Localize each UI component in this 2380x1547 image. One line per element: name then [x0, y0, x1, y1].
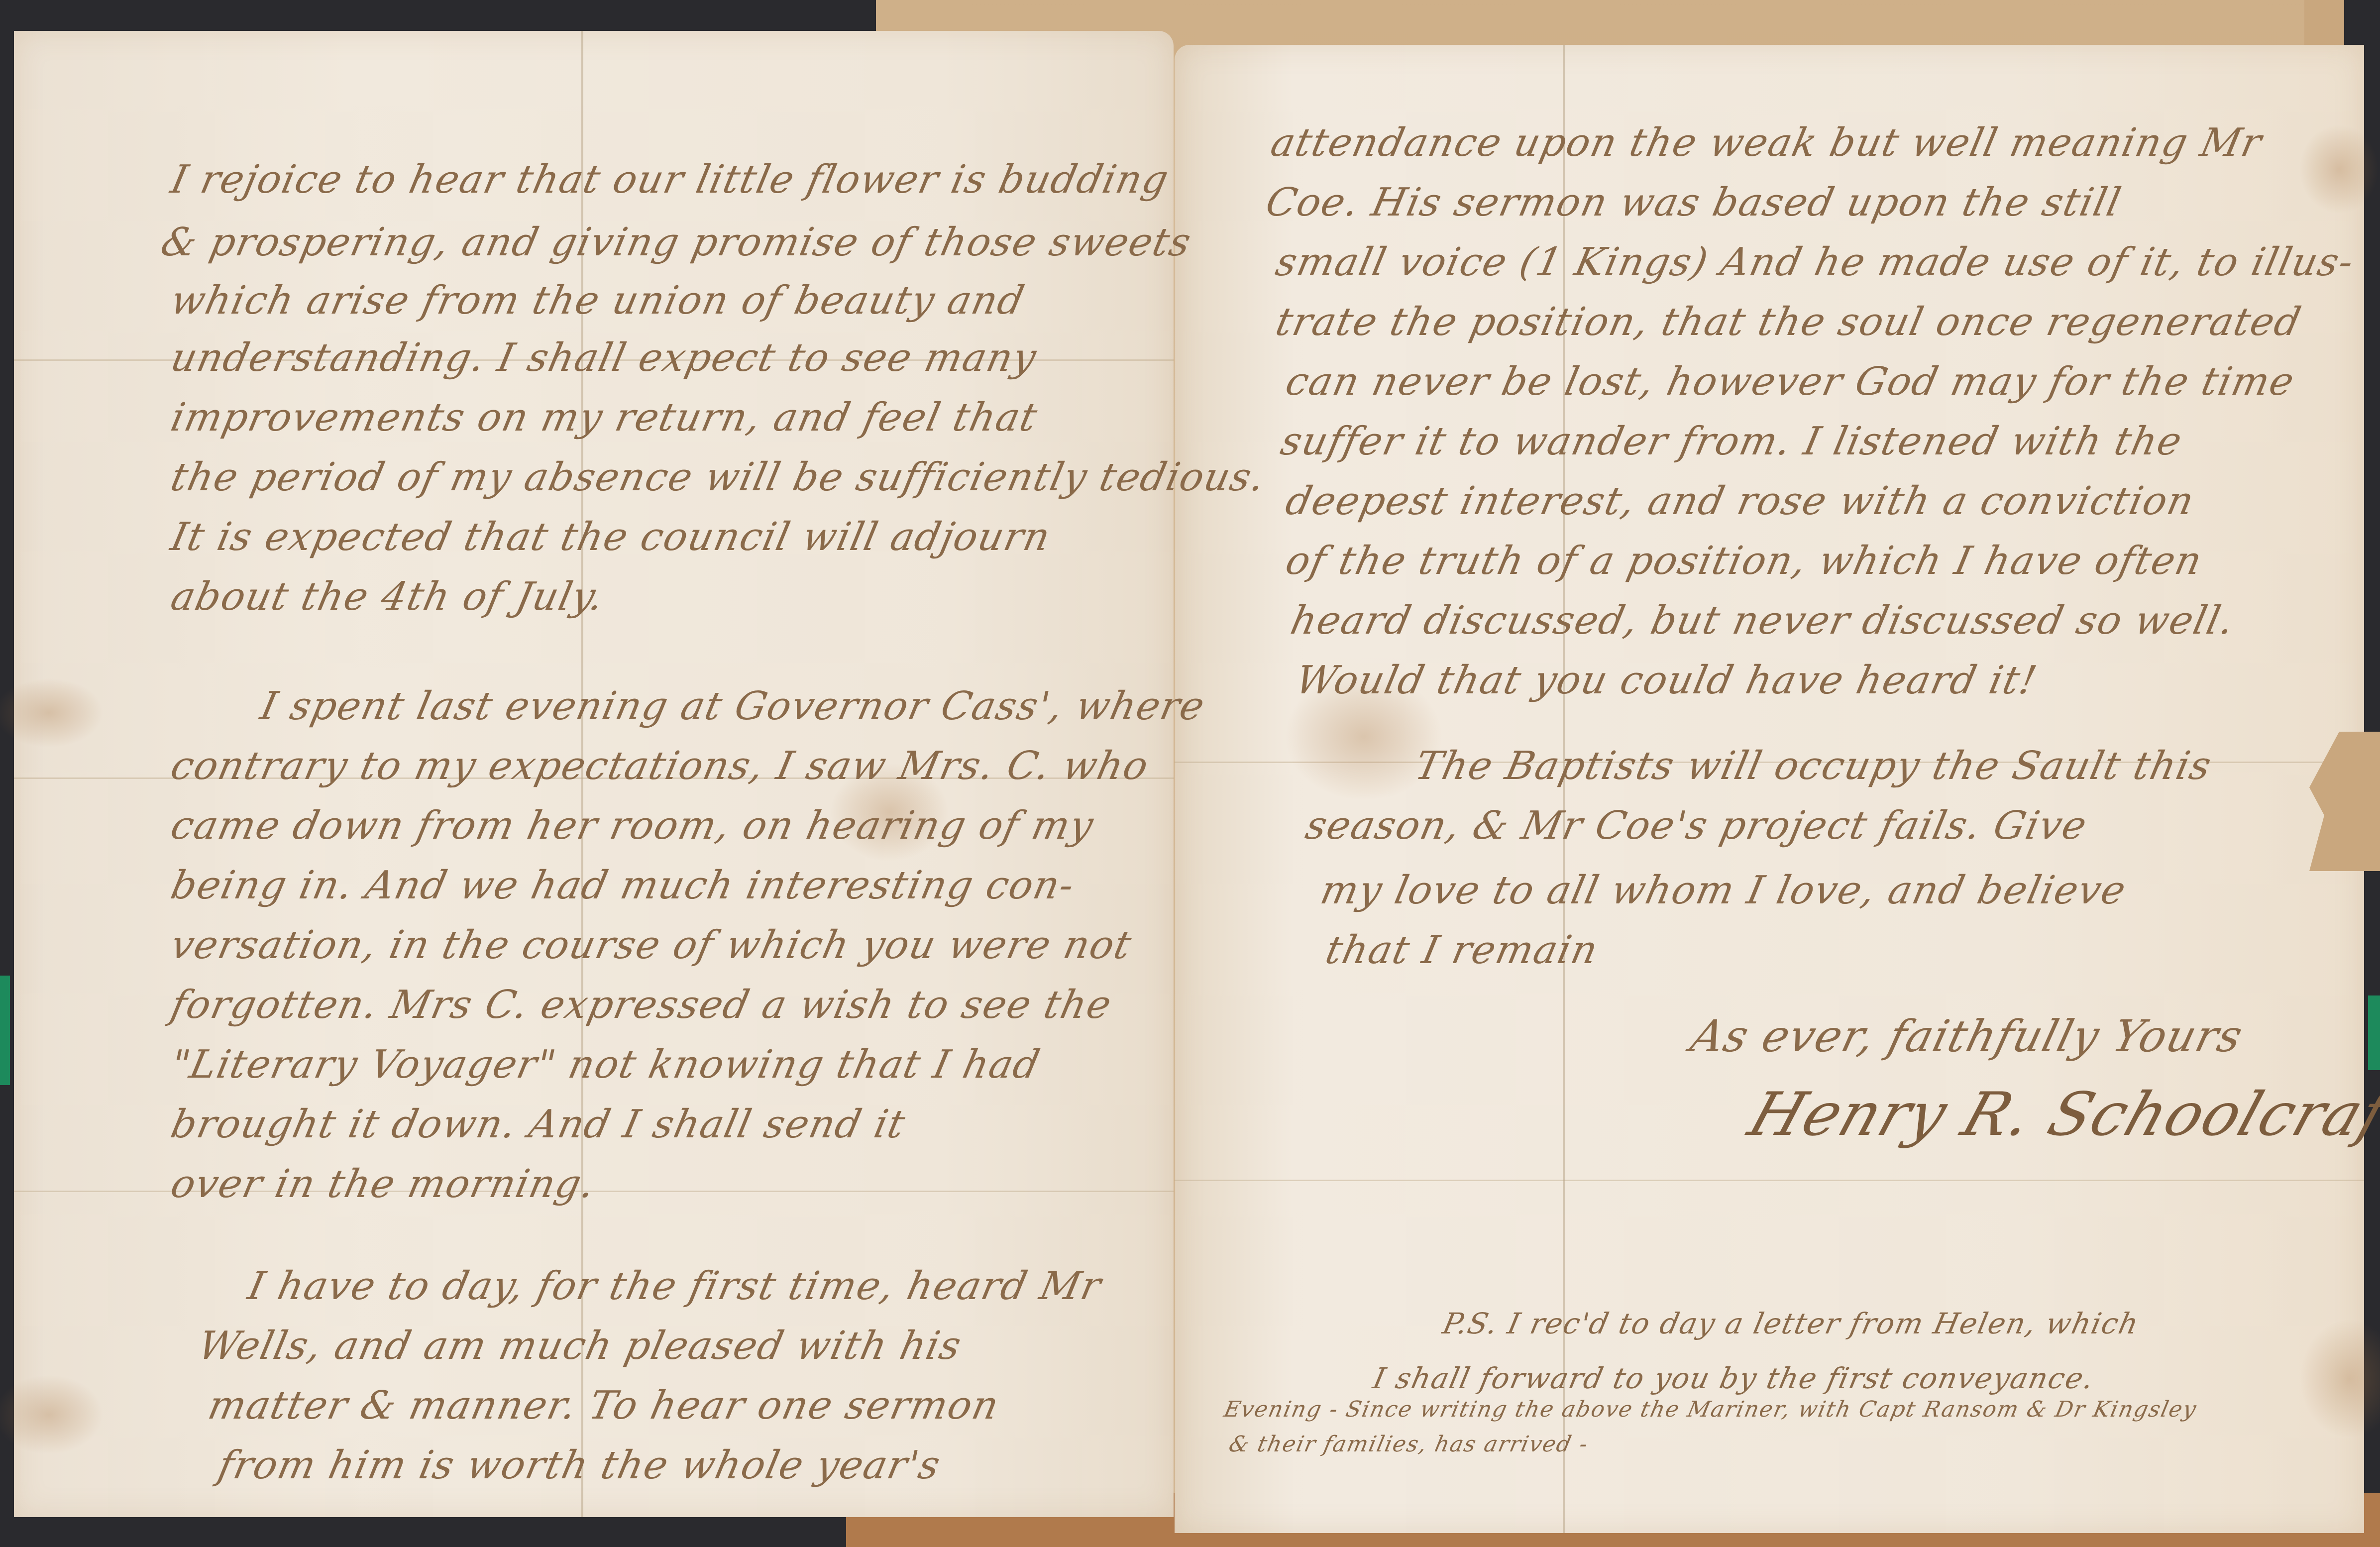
stain — [2299, 1319, 2380, 1438]
letter-line: It is expected that the council will adj… — [168, 518, 1054, 556]
letter-line: attendance upon the weak but well meanin… — [1268, 123, 2266, 162]
letter-line: came down from her room, on hearing of m… — [168, 806, 1097, 845]
postscript-line: I shall forward to you by the first conv… — [1371, 1364, 2097, 1393]
letter-line: I rejoice to hear that our little flower… — [168, 160, 1173, 199]
letter-line: matter & manner. To hear one sermon — [205, 1386, 1003, 1425]
archive-tab-left — [0, 976, 10, 1085]
letter-signature: Henry R. Schoolcraft. — [1740, 1080, 2380, 1149]
letter-closing: As ever, faithfully Yours — [1686, 1010, 2248, 1062]
letter-line: small voice (1 Kings) And he made use of… — [1273, 243, 2358, 282]
letter-line: versation, in the course of which you we… — [168, 926, 1135, 965]
stain — [0, 1375, 104, 1454]
letter-line: season, & Mr Coe's project fails. Give — [1302, 806, 2091, 845]
letter-line: over in the morning. — [168, 1165, 599, 1204]
letter-line: trate the position, that the soul once r… — [1273, 303, 2305, 341]
letter-line: about the 4th of July. — [168, 577, 608, 616]
letter-line: & prospering, and giving promise of thos… — [158, 223, 1195, 262]
letter-line: deepest interest, and rose with a convic… — [1283, 482, 2198, 521]
stain — [0, 678, 104, 748]
fold-line — [1175, 1180, 2364, 1181]
letter-line: improvements on my return, and feel that — [168, 398, 1041, 437]
letter-line: from him is worth the whole year's — [215, 1446, 944, 1485]
stain — [2299, 124, 2379, 214]
letter-line: of the truth of a position, which I have… — [1283, 542, 2206, 580]
letter-line: brought it down. And I shall send it — [168, 1105, 909, 1144]
letter-line: Wells, and am much pleased with his — [195, 1326, 965, 1365]
letter-line: being in. And we had much interesting co… — [168, 866, 1078, 905]
letter-line: Coe. His sermon was based upon the still — [1263, 183, 2125, 222]
letter-line: can never be lost, however God may for t… — [1283, 362, 2298, 401]
archive-tab-right — [2368, 995, 2380, 1070]
postscript-line: & their families, has arrived - — [1227, 1434, 1590, 1455]
letter-line: the period of my absence will be suffici… — [168, 458, 1269, 497]
letter-line: suffer it to wander from. I listened wit… — [1278, 422, 2186, 461]
letter-line: forgotten. Mrs C. expressed a wish to se… — [168, 986, 1115, 1024]
letter-line: that I remain — [1322, 931, 1602, 970]
letter-line: Would that you could have heard it! — [1293, 661, 2041, 700]
postscript-line: P.S. I rec'd to day a letter from Helen,… — [1440, 1309, 2142, 1338]
letter-line: "Literary Voyager" not knowing that I ha… — [168, 1045, 1044, 1084]
letter-line: heard discussed, but never discussed so … — [1288, 601, 2238, 640]
letter-line: my love to all whom I love, and believe — [1317, 871, 2130, 910]
letter-line: contrary to my expectations, I saw Mrs. … — [168, 747, 1152, 785]
letter-line: I have to day, for the first time, heard… — [245, 1267, 1105, 1306]
postscript-line: Evening - Since writing the above the Ma… — [1222, 1399, 2199, 1421]
letter-line: which arise from the union of beauty and — [168, 281, 1028, 320]
letter-line: The Baptists will occupy the Sault this — [1412, 747, 2215, 785]
letter-line: I spent last evening at Governor Cass', … — [257, 687, 1208, 726]
letter-line: understanding. I shall expect to see man… — [168, 338, 1040, 377]
